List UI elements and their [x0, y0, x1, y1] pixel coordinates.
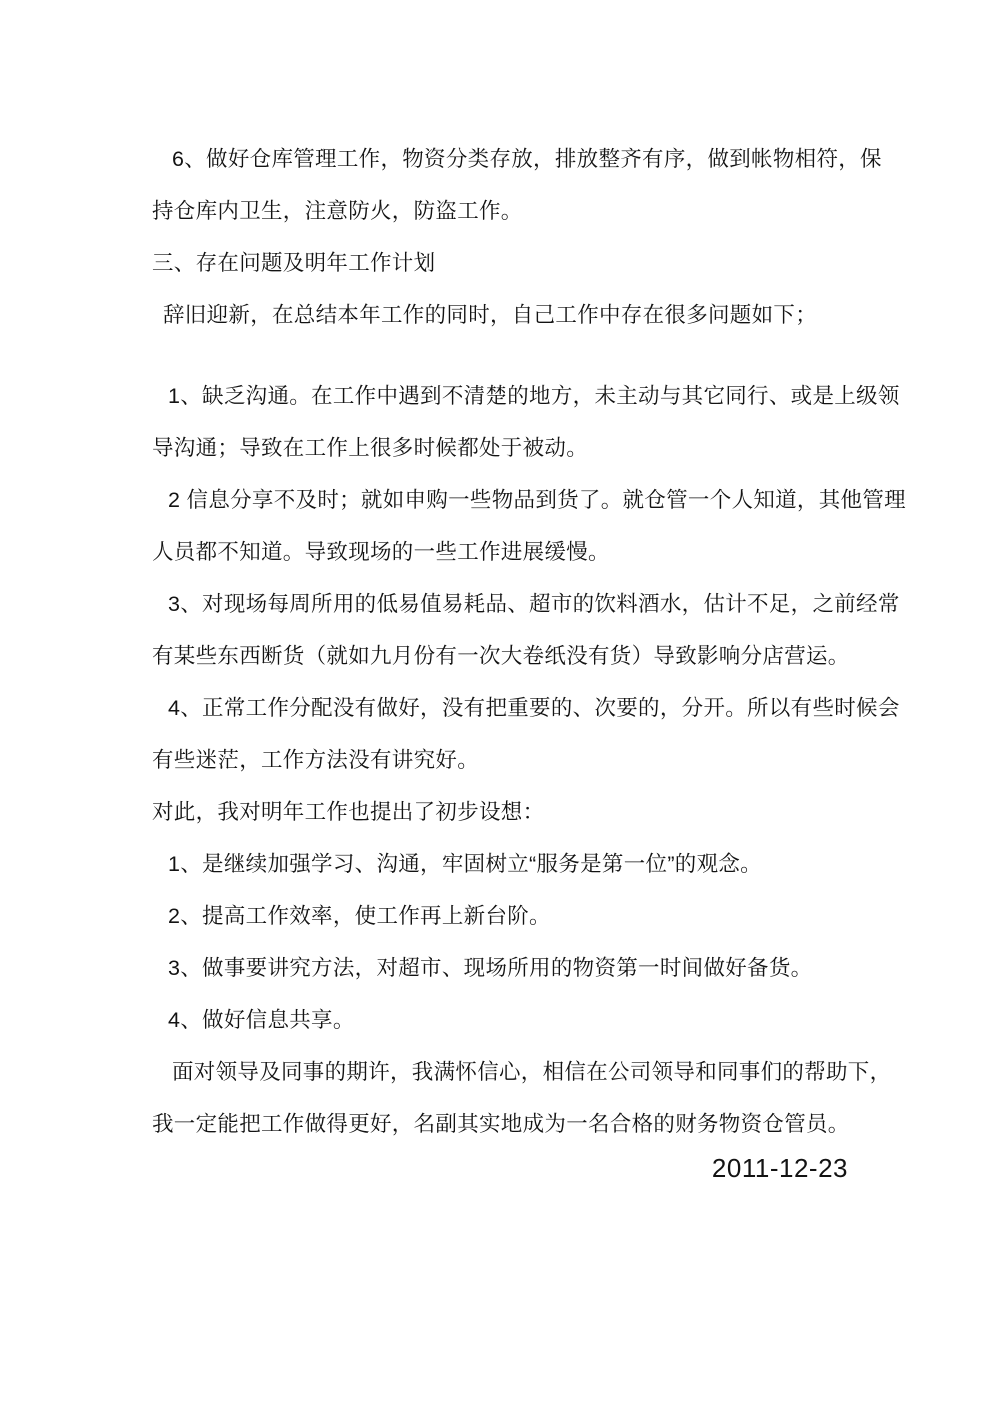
para-problem-4: 4、正常工作分配没有做好，没有把重要的、次要的，分开。所以有些时候会 有些迷茫，…: [152, 682, 848, 786]
para-plan-4: 4、做好信息共享。: [152, 994, 848, 1046]
para-plan-intro: 对此，我对明年工作也提出了初步设想：: [152, 786, 848, 838]
para-problem-1: 1、缺乏沟通。在工作中遇到不清楚的地方，未主动与其它同行、或是上级领 导沟通；导…: [152, 370, 848, 474]
para-item6: 6、做好仓库管理工作，物资分类存放，排放整齐有序，做到帐物相符，保 持仓库内卫生…: [152, 133, 848, 237]
text-line: 辞旧迎新，在总结本年工作的同时，自己工作中存在很多问题如下；: [152, 289, 848, 341]
text-line: 三、存在问题及明年工作计划: [152, 237, 848, 289]
text-line: 导沟通；导致在工作上很多时候都处于被动。: [152, 422, 848, 474]
text-line: 6、做好仓库管理工作，物资分类存放，排放整齐有序，做到帐物相符，保: [152, 133, 848, 185]
para-plan-3: 3、做事要讲究方法，对超市、现场所用的物资第一时间做好备货。: [152, 942, 848, 994]
text-line: 有某些东西断货（就如九月份有一次大卷纸没有货）导致影响分店营运。: [152, 630, 848, 682]
text-line: 4、做好信息共享。: [152, 994, 848, 1046]
para-problem-3: 3、对现场每周所用的低易值易耗品、超市的饮料酒水，估计不足，之前经常 有某些东西…: [152, 578, 848, 682]
para-intro: 辞旧迎新，在总结本年工作的同时，自己工作中存在很多问题如下；: [152, 289, 848, 341]
text-line: 1、是继续加强学习、沟通，牢固树立“服务是第一位”的观念。: [152, 838, 848, 890]
para-plan-2: 2、提高工作效率，使工作再上新台阶。: [152, 890, 848, 942]
text-line: 面对领导及同事的期许，我满怀信心，相信在公司领导和同事们的帮助下，: [152, 1046, 848, 1098]
text-line: 3、做事要讲究方法，对超市、现场所用的物资第一时间做好备货。: [152, 942, 848, 994]
para-problem-2: 2 信息分享不及时；就如申购一些物品到货了。就仓管一个人知道，其他管理 人员都不…: [152, 474, 848, 578]
text-line: 对此，我对明年工作也提出了初步设想：: [152, 786, 848, 838]
text-line: 2 信息分享不及时；就如申购一些物品到货了。就仓管一个人知道，其他管理: [152, 474, 848, 526]
text-line: 1、缺乏沟通。在工作中遇到不清楚的地方，未主动与其它同行、或是上级领: [152, 370, 848, 422]
text-line: 持仓库内卫生，注意防火，防盗工作。: [152, 185, 848, 237]
text-line: 4、正常工作分配没有做好，没有把重要的、次要的，分开。所以有些时候会: [152, 682, 848, 734]
document-page: 6、做好仓库管理工作，物资分类存放，排放整齐有序，做到帐物相符，保 持仓库内卫生…: [0, 0, 1000, 1415]
text-line: 2、提高工作效率，使工作再上新台阶。: [152, 890, 848, 942]
heading-section3: 三、存在问题及明年工作计划: [152, 237, 848, 289]
para-closing: 面对领导及同事的期许，我满怀信心，相信在公司领导和同事们的帮助下， 我一定能把工…: [152, 1046, 848, 1150]
text-line: 人员都不知道。导致现场的一些工作进展缓慢。: [152, 526, 848, 578]
para-plan-1: 1、是继续加强学习、沟通，牢固树立“服务是第一位”的观念。: [152, 838, 848, 890]
text-line: 有些迷茫，工作方法没有讲究好。: [152, 734, 848, 786]
text-line: 3、对现场每周所用的低易值易耗品、超市的饮料酒水，估计不足，之前经常: [152, 578, 848, 630]
